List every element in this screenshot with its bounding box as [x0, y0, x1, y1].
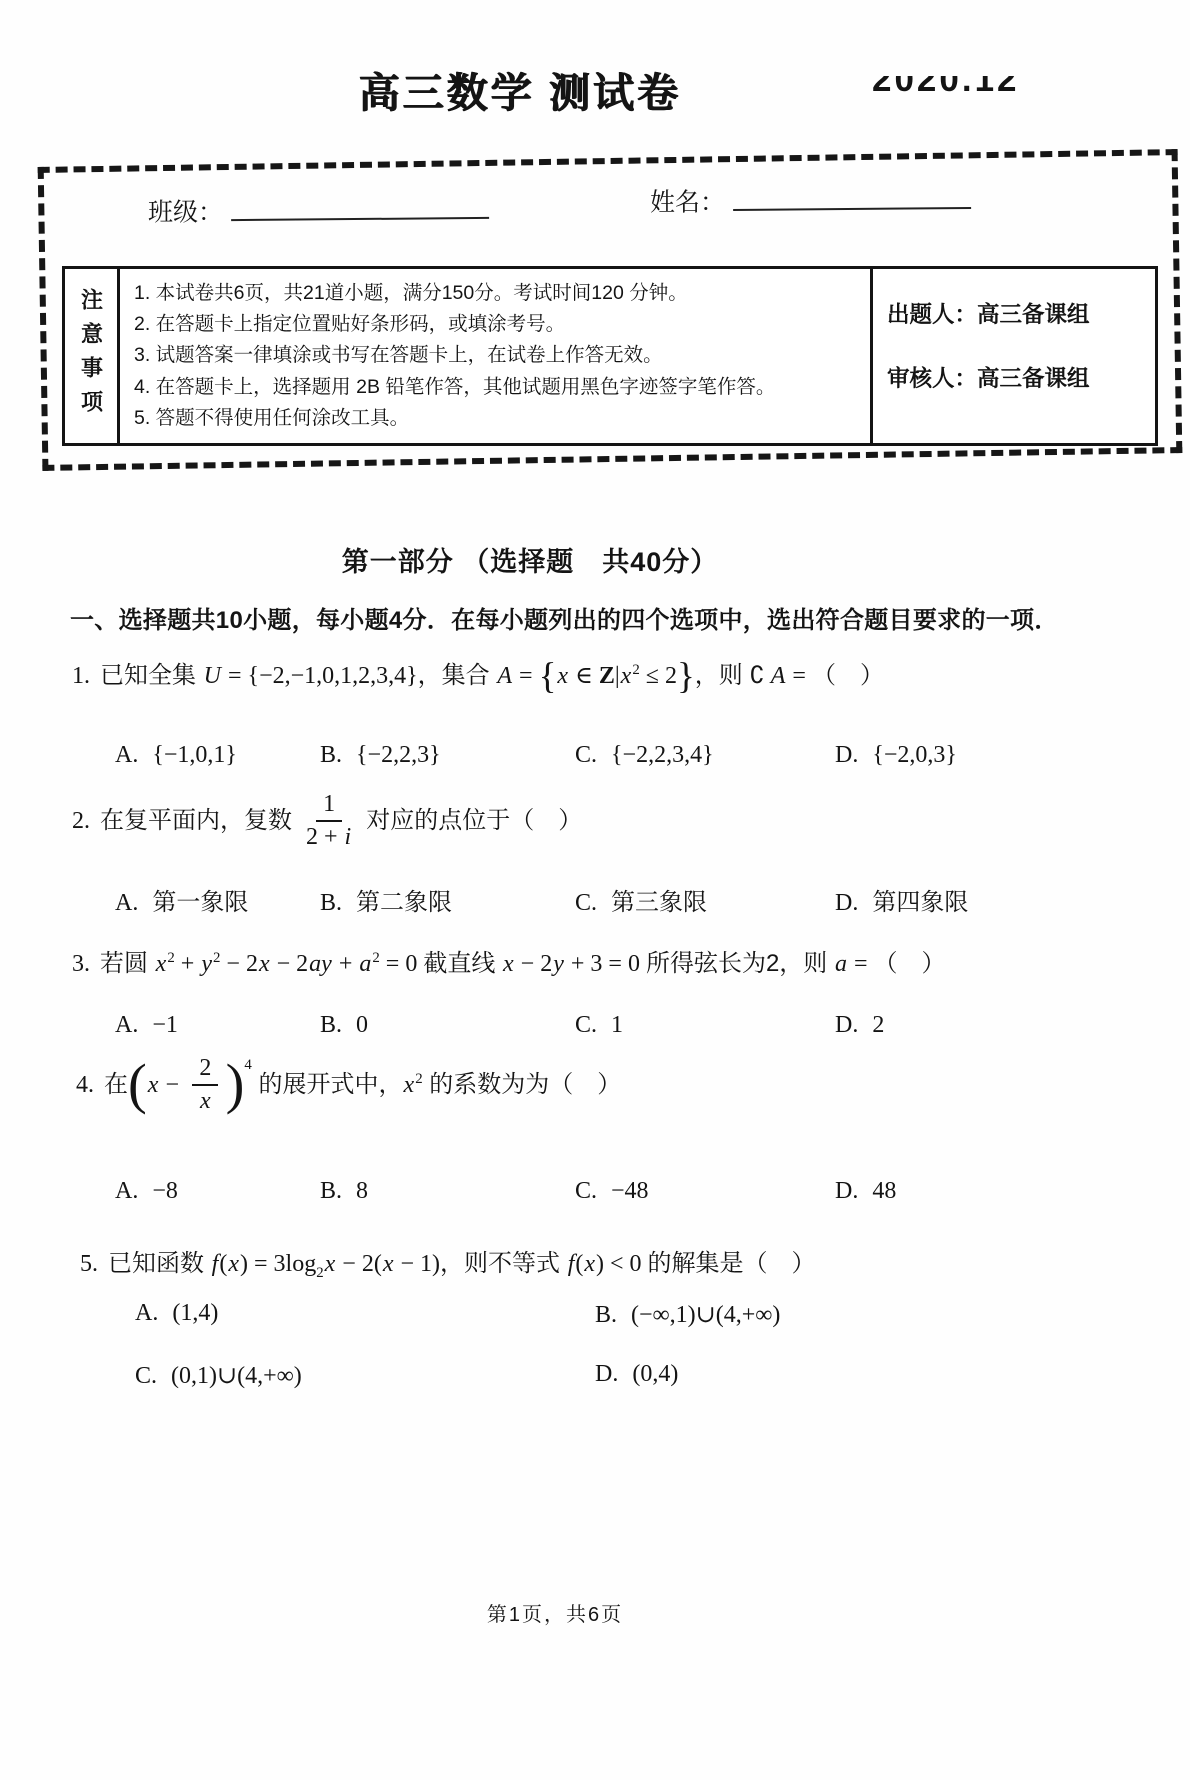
notice-items-column: 1. 本试卷共6页，共21道小题，满分150分。考试时间120 分钟。 2. 在…: [120, 269, 873, 443]
option-label: D.: [835, 742, 858, 769]
option-item: A.(1,4): [135, 1300, 595, 1329]
question-4-options: A.−8 B.8 C.−48 D.48: [70, 1178, 1170, 1205]
question-stem: 已知全集 U = {−2,−1,0,1,2,3,4}，集合 A = {x ∈ Z…: [100, 662, 884, 689]
option-label: B.: [320, 742, 342, 769]
class-field: 班级：: [148, 192, 489, 228]
name-field-label: 姓名：: [650, 188, 725, 216]
date-corner: 2020.12: [872, 76, 1022, 106]
option-text: (1,4): [172, 1300, 218, 1327]
notice-item: 3. 试题答案一律填涂或书写在答题卡上，在试卷上作答无效。: [134, 340, 858, 371]
option-item: D.{−2,0,3}: [835, 742, 1170, 769]
option-item: B.(−∞,1)∪(4,+∞): [595, 1300, 1170, 1329]
option-text: −1: [152, 1012, 178, 1039]
notice-side-label: 注意事项: [76, 288, 107, 424]
question-number: 5.: [80, 1251, 98, 1277]
question-5-options: A.(1,4) B.(−∞,1)∪(4,+∞) C.(0,1)∪(4,+∞) D…: [70, 1300, 1170, 1390]
question-stem: 若圆 x2 + y2 − 2x − 2ay + a2 = 0 截直线 x − 2…: [100, 950, 946, 977]
question-number: 3.: [72, 951, 90, 977]
question-stem: 已知函数 f(x) = 3log2x − 2(x − 1)，则不等式 f(x) …: [108, 1250, 816, 1277]
setter-line: 出题人：高三备课组: [887, 297, 1155, 329]
option-text: {−2,0,3}: [872, 742, 957, 769]
option-text: 第四象限: [872, 882, 968, 917]
notice-side-column: 注意事项: [65, 269, 120, 443]
page-footer: 第1页，共6页: [0, 1598, 1110, 1627]
option-item: D.第四象限: [835, 882, 1170, 917]
option-item: B.0: [320, 1012, 575, 1039]
option-label: D.: [835, 1178, 858, 1205]
part-title: 第一部分 （选择题 共40分）: [0, 540, 1060, 579]
option-label: B.: [595, 1302, 617, 1329]
option-label: C.: [135, 1363, 157, 1390]
option-text: 48: [872, 1178, 896, 1205]
question-3: 3.若圆 x2 + y2 − 2x − 2ay + a2 = 0 截直线 x −…: [72, 948, 946, 980]
option-item: B.{−2,2,3}: [320, 742, 575, 769]
question-stem: 在(x − 2x)4 的展开式中，x2 的系数为为（ ）: [104, 1071, 621, 1098]
option-text: 8: [356, 1178, 368, 1205]
question-number: 2.: [72, 808, 90, 834]
option-text: 1: [611, 1012, 623, 1039]
option-item: B.8: [320, 1178, 575, 1205]
option-item: D.48: [835, 1178, 1170, 1205]
option-text: (−∞,1)∪(4,+∞): [631, 1300, 780, 1329]
option-item: A.{−1,0,1}: [115, 742, 320, 769]
option-item: C.1: [575, 1012, 835, 1039]
option-text: −8: [152, 1178, 178, 1205]
question-number: 1.: [72, 663, 90, 689]
option-text: {−1,0,1}: [152, 742, 237, 769]
option-label: D.: [595, 1361, 618, 1388]
option-label: A.: [115, 1012, 138, 1039]
notice-item: 2. 在答题卡上指定位置贴好条形码，或填涂考号。: [134, 309, 858, 340]
option-item: D.2: [835, 1012, 1170, 1039]
class-field-label: 班级：: [148, 198, 223, 226]
question-1: 1.已知全集 U = {−2,−1,0,1,2,3,4}，集合 A = {x ∈…: [72, 660, 884, 692]
option-label: C.: [575, 1178, 597, 1205]
option-label: A.: [115, 890, 138, 917]
option-label: A.: [115, 1178, 138, 1205]
option-text: 第二象限: [356, 882, 452, 917]
option-label: B.: [320, 1178, 342, 1205]
option-text: −48: [611, 1178, 649, 1205]
class-field-line: [231, 191, 489, 222]
option-item: A.−8: [115, 1178, 320, 1205]
question-4: 4.在(x − 2x)4 的展开式中，x2 的系数为为（ ）: [76, 1056, 621, 1114]
option-label: A.: [115, 742, 138, 769]
reviewer-line: 审核人：高三备课组: [887, 361, 1155, 393]
option-text: 2: [872, 1012, 884, 1039]
question-5: 5.已知函数 f(x) = 3log2x − 2(x − 1)，则不等式 f(x…: [80, 1248, 816, 1280]
option-text: 第一象限: [152, 882, 248, 917]
notice-table: 注意事项 1. 本试卷共6页，共21道小题，满分150分。考试时间120 分钟。…: [62, 266, 1158, 446]
name-field-line: [733, 181, 971, 211]
option-item: A.−1: [115, 1012, 320, 1039]
notice-item: 1. 本试卷共6页，共21道小题，满分150分。考试时间120 分钟。: [134, 278, 858, 309]
option-text: 0: [356, 1012, 368, 1039]
option-label: D.: [835, 890, 858, 917]
option-label: C.: [575, 1012, 597, 1039]
option-label: B.: [320, 1012, 342, 1039]
option-text: (0,4): [632, 1361, 678, 1388]
option-text: {−2,2,3}: [356, 742, 441, 769]
option-item: A.第一象限: [115, 882, 320, 917]
option-item: B.第二象限: [320, 882, 575, 917]
section-instruction: 一、选择题共10小题，每小题4分．在每小题列出的四个选项中，选出符合题目要求的一…: [70, 600, 1150, 635]
question-2-options: A.第一象限 B.第二象限 C.第三象限 D.第四象限: [70, 882, 1170, 917]
option-item: C.(0,1)∪(4,+∞): [135, 1361, 595, 1390]
option-text: (0,1)∪(4,+∞): [171, 1361, 302, 1390]
question-number: 4.: [76, 1072, 94, 1098]
option-label: A.: [135, 1300, 158, 1327]
option-label: B.: [320, 890, 342, 917]
exam-page: 高三数学 测试卷 2020.12 班级： 姓名： 注意事项 1. 本试卷共6页，…: [0, 0, 1190, 1780]
option-label: C.: [575, 890, 597, 917]
option-label: C.: [575, 742, 597, 769]
option-item: C.{−2,2,3,4}: [575, 742, 835, 769]
option-item: C.第三象限: [575, 882, 835, 917]
question-2: 2.在复平面内，复数12 + i对应的点位于（ ）: [72, 792, 582, 850]
option-label: D.: [835, 1012, 858, 1039]
question-1-options: A.{−1,0,1} B.{−2,2,3} C.{−2,2,3,4} D.{−2…: [70, 742, 1170, 769]
option-text: 第三象限: [611, 882, 707, 917]
notice-item: 4. 在答题卡上，选择题用 2B 铅笔作答，其他试题用黑色字迹签字笔作答。: [134, 372, 858, 403]
question-3-options: A.−1 B.0 C.1 D.2: [70, 1012, 1170, 1039]
question-stem: 在复平面内，复数12 + i对应的点位于（ ）: [100, 807, 582, 834]
option-item: C.−48: [575, 1178, 835, 1205]
name-field: 姓名：: [650, 182, 971, 218]
notice-item: 5. 答题不得使用任何涂改工具。: [134, 403, 858, 434]
option-text: {−2,2,3,4}: [611, 742, 714, 769]
date-corner-text: 2020.12: [872, 76, 1022, 100]
notice-people-column: 出题人：高三备课组 审核人：高三备课组: [873, 269, 1155, 443]
option-item: D.(0,4): [595, 1361, 1170, 1390]
